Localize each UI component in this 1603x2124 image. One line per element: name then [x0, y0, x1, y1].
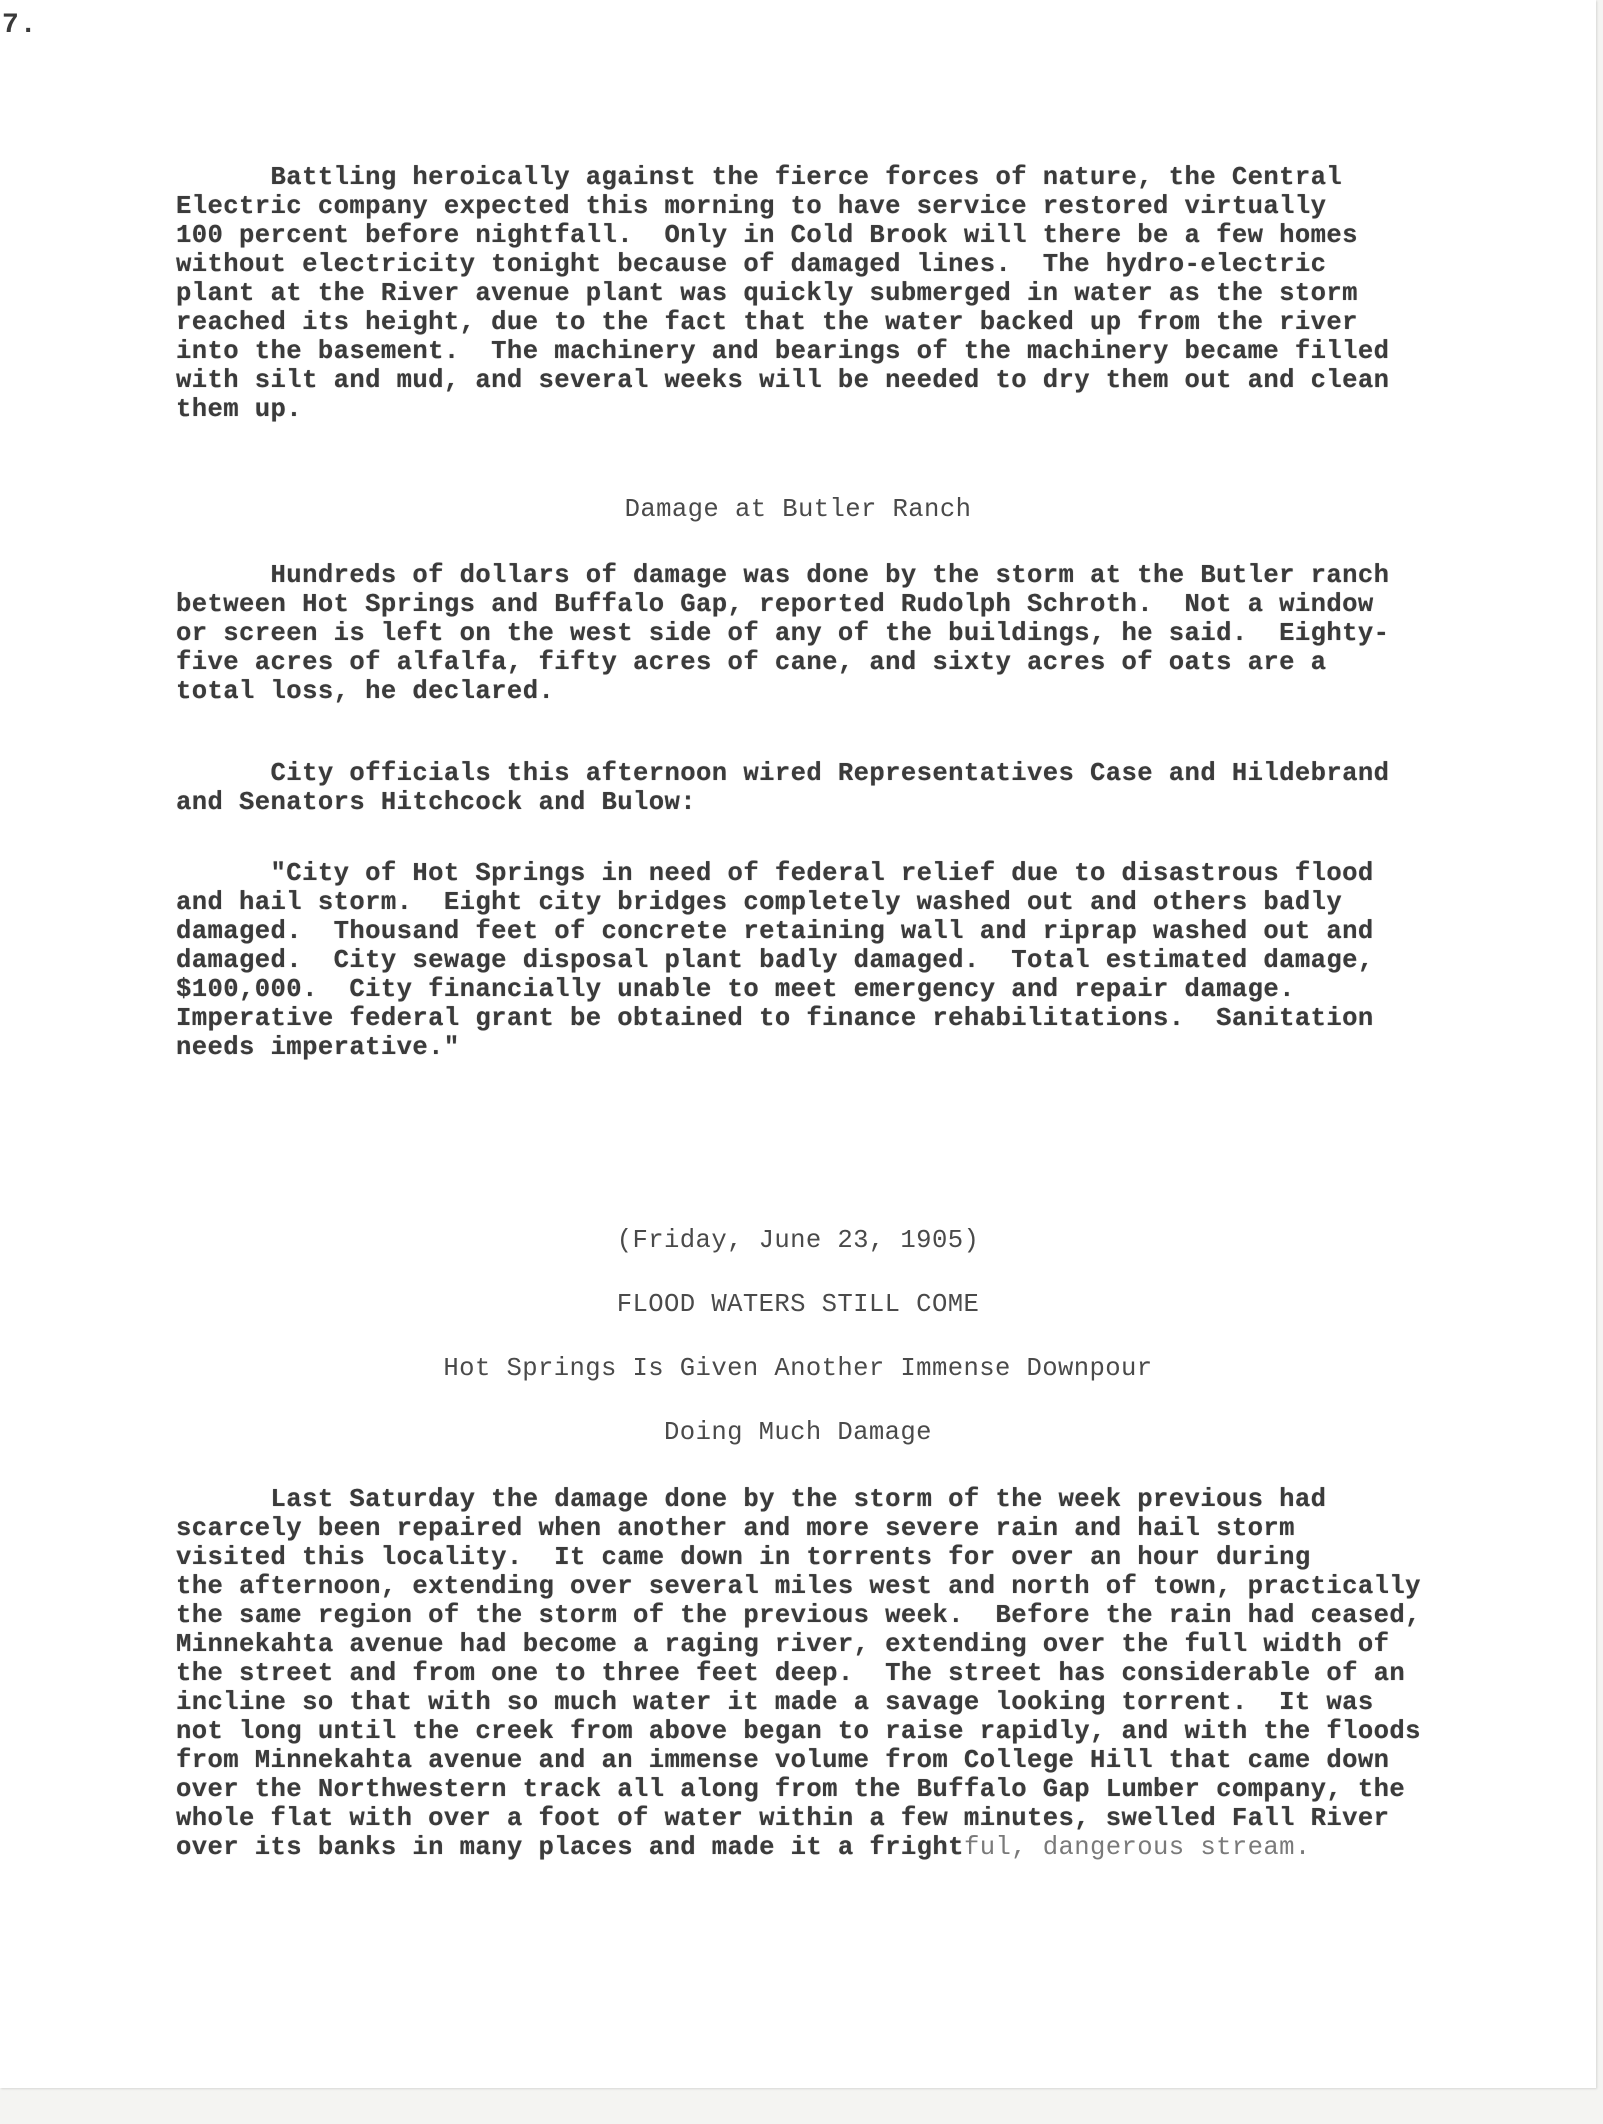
- text-line: damaged. Thousand feet of concrete retai…: [176, 917, 1374, 946]
- text-line: scarcely been repaired when another and …: [176, 1514, 1295, 1543]
- text-line: whole flat with over a foot of water wit…: [176, 1804, 1389, 1833]
- text-line: reached its height, due to the fact that…: [176, 308, 1358, 337]
- article-subheadline-2: Doing Much Damage: [0, 1418, 1596, 1447]
- text-line: Battling heroically against the fierce f…: [176, 163, 1342, 192]
- text-line: 100 percent before nightfall. Only in Co…: [176, 221, 1358, 250]
- text-line: the afternoon, extending over several mi…: [176, 1572, 1421, 1601]
- text-line: the same region of the storm of the prev…: [176, 1601, 1421, 1630]
- text-line: five acres of alfalfa, fifty acres of ca…: [176, 648, 1326, 677]
- text-faded-part: ful, dangerous stream.: [964, 1833, 1311, 1862]
- text-line: City officials this afternoon wired Repr…: [176, 759, 1389, 788]
- text-line: Imperative federal grant be obtained to …: [176, 1004, 1374, 1033]
- article-subheadline: Hot Springs Is Given Another Immense Dow…: [0, 1354, 1596, 1383]
- text-line: plant at the River avenue plant was quic…: [176, 279, 1358, 308]
- text-line: Hundreds of dollars of damage was done b…: [176, 561, 1389, 590]
- text-line: and hail storm. Eight city bridges compl…: [176, 888, 1342, 917]
- text-line: with silt and mud, and several weeks wil…: [176, 366, 1389, 395]
- text-line: without electricity tonight because of d…: [176, 250, 1326, 279]
- text-line: Last Saturday the damage done by the sto…: [176, 1485, 1326, 1514]
- text-line: "City of Hot Springs in need of federal …: [176, 859, 1374, 888]
- text-line: $100,000. City financially unable to mee…: [176, 975, 1295, 1004]
- text-dark-part: over its banks in many places and made i…: [176, 1833, 964, 1862]
- page-number: 7.: [2, 10, 38, 41]
- text-line-last: over its banks in many places and made i…: [176, 1833, 1311, 1862]
- section-heading-butler-ranch: Damage at Butler Ranch: [0, 495, 1596, 524]
- text-line: between Hot Springs and Buffalo Gap, rep…: [176, 590, 1374, 619]
- text-line: the street and from one to three feet de…: [176, 1659, 1405, 1688]
- text-line: total loss, he declared.: [176, 677, 554, 706]
- text-line: and Senators Hitchcock and Bulow:: [176, 788, 696, 817]
- text-line: needs imperative.": [176, 1033, 460, 1062]
- text-line: Electric company expected this morning t…: [176, 192, 1326, 221]
- text-line: visited this locality. It came down in t…: [176, 1543, 1311, 1572]
- text-line: into the basement. The machinery and bea…: [176, 337, 1389, 366]
- text-line: from Minnekahta avenue and an immense vo…: [176, 1746, 1389, 1775]
- article-date: (Friday, June 23, 1905): [0, 1226, 1596, 1255]
- document-page: 7. Battling heroically against the fierc…: [0, 0, 1596, 2088]
- text-line: over the Northwestern track all along fr…: [176, 1775, 1405, 1804]
- text-line: not long until the creek from above bega…: [176, 1717, 1421, 1746]
- text-line: or screen is left on the west side of an…: [176, 619, 1389, 648]
- text-line: Minnekahta avenue had become a raging ri…: [176, 1630, 1389, 1659]
- article-headline: FLOOD WATERS STILL COME: [0, 1290, 1596, 1319]
- text-line: them up.: [176, 395, 302, 424]
- text-line: damaged. City sewage disposal plant badl…: [176, 946, 1374, 975]
- text-line: incline so that with so much water it ma…: [176, 1688, 1374, 1717]
